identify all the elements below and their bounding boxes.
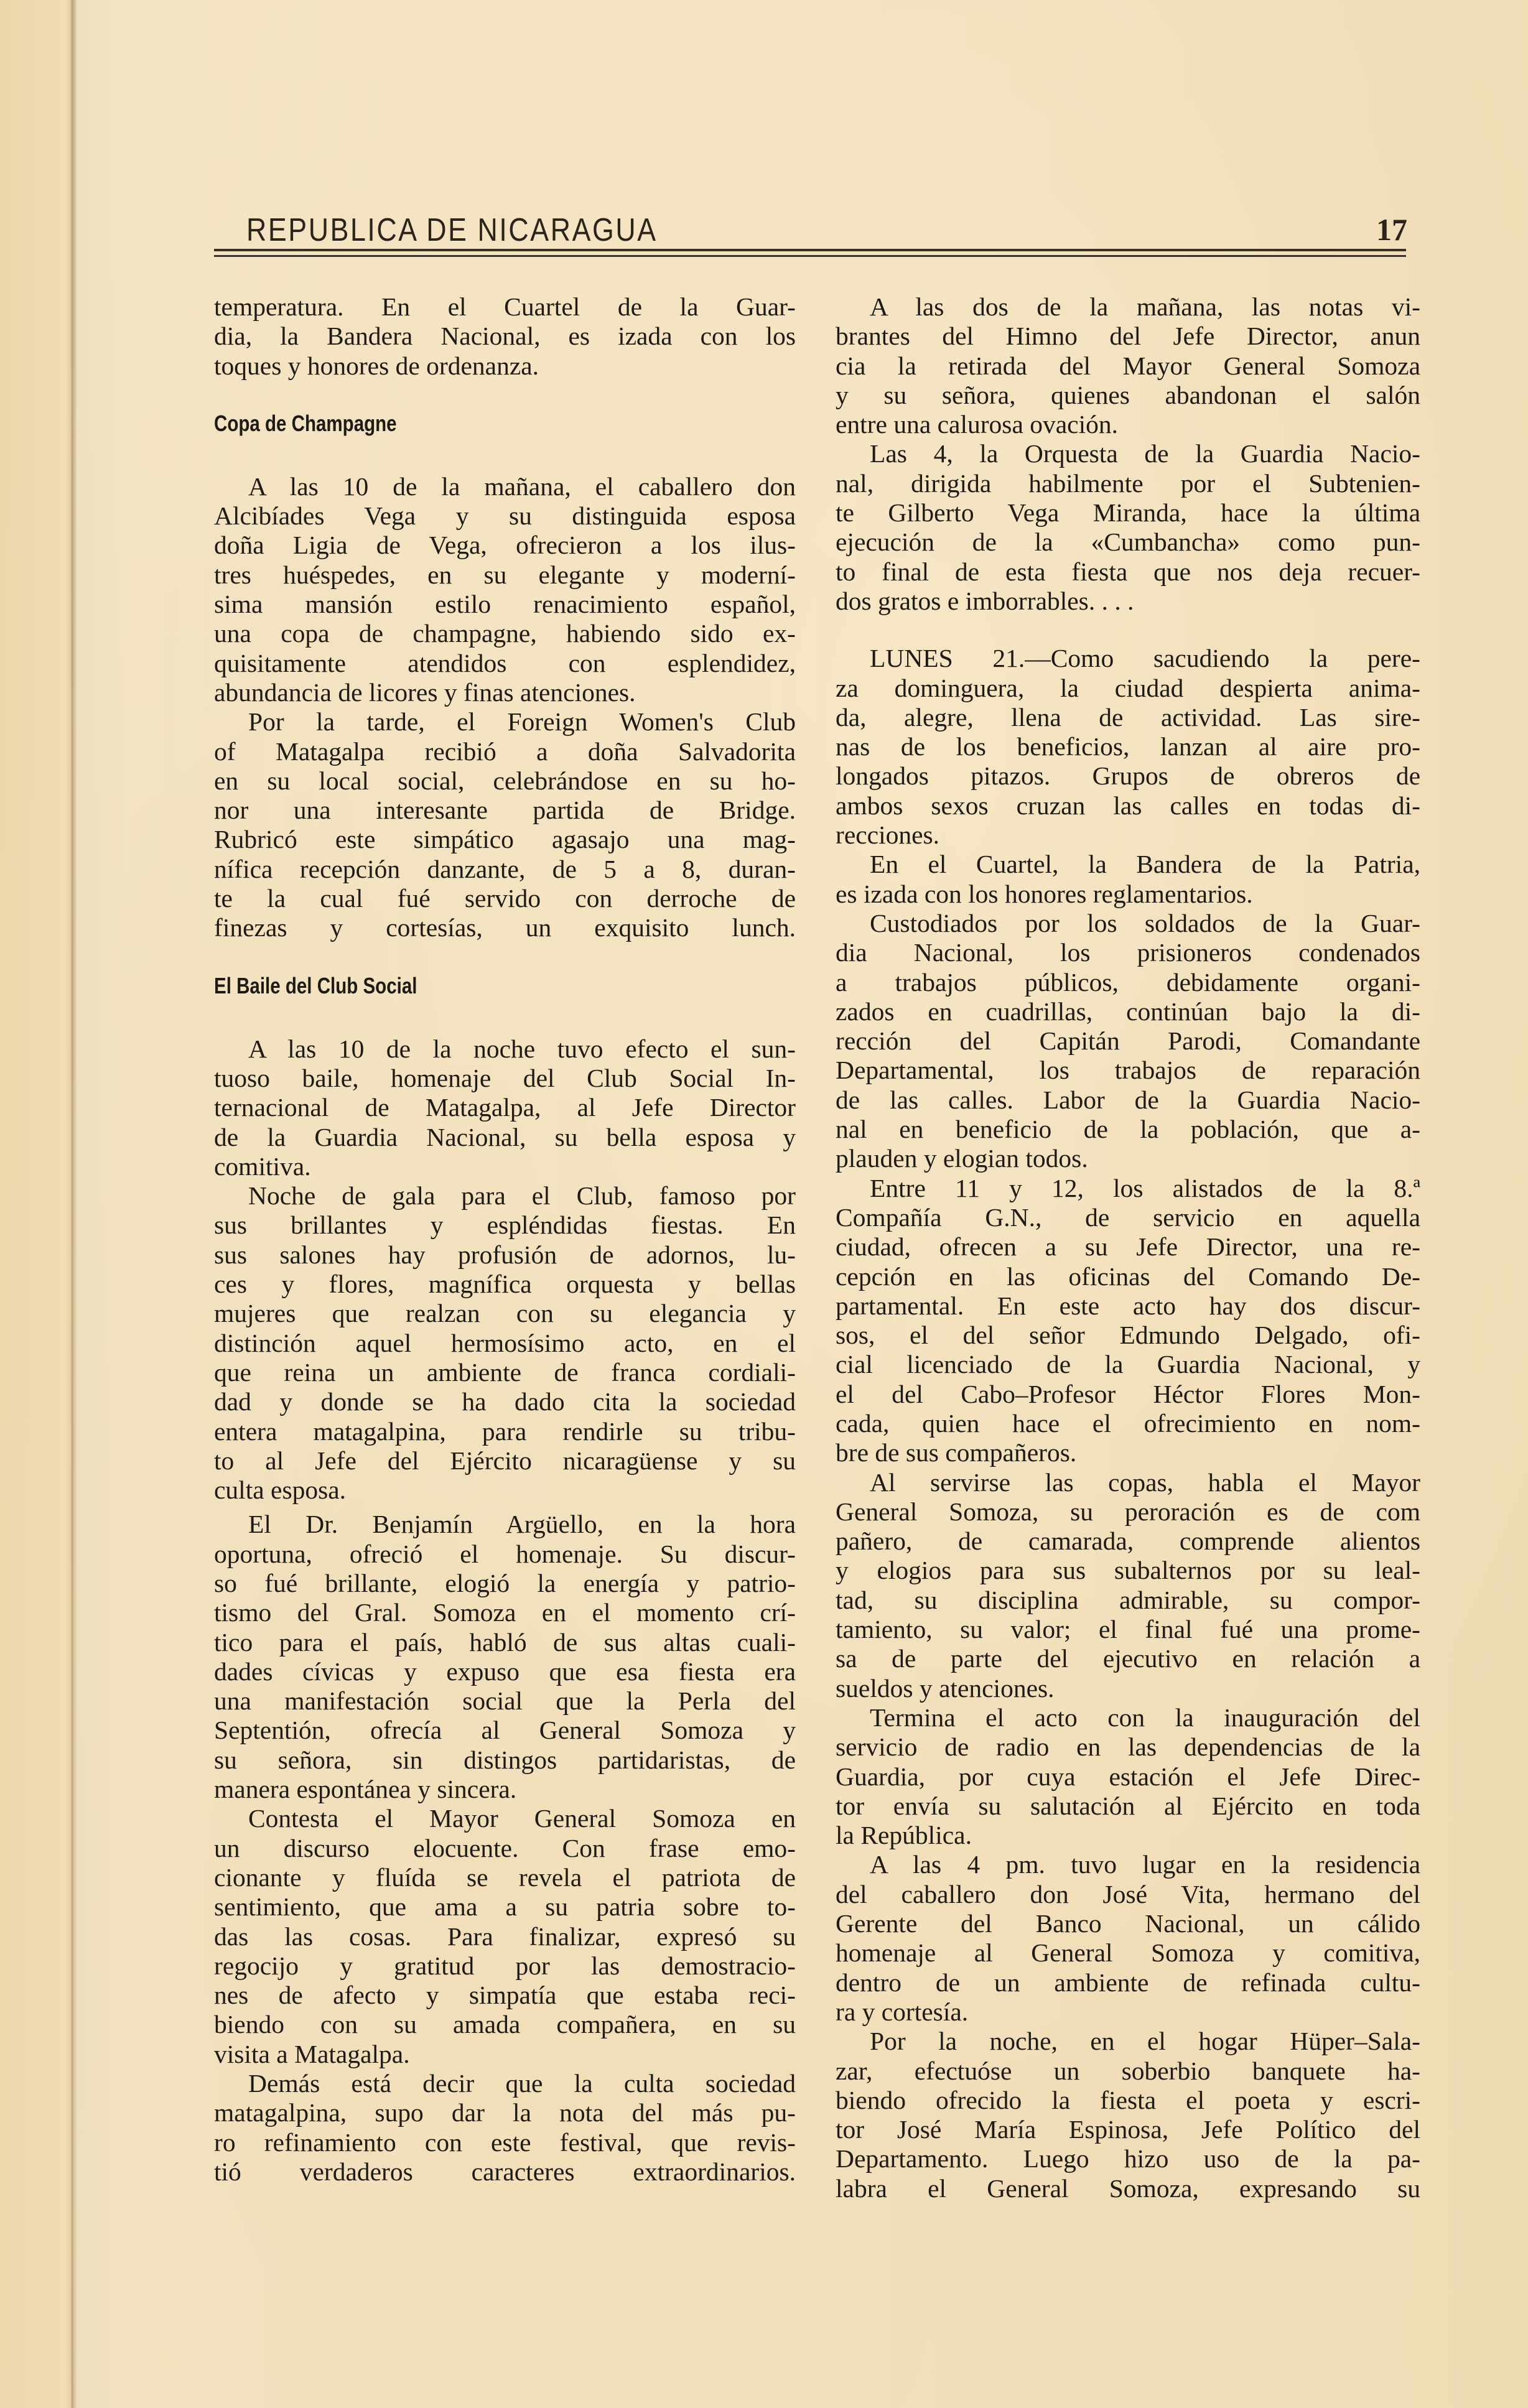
text-line: tor José María Espinosa, Jefe Político d… (836, 2115, 1420, 2144)
text-line: sus brillantes y espléndidas fiestas. En (214, 1211, 796, 1240)
scanned-page: REPUBLICA DE NICARAGUA 17 temperatura. E… (0, 0, 1528, 2408)
text-line: tismo del Gral. Somoza en el momento crí… (214, 1598, 796, 1627)
paragraph: A las 4 pm. tuvo lugar en la residenciad… (836, 1850, 1420, 2027)
spacer (214, 438, 796, 472)
text-line: entre una calurosa ovación. (836, 410, 1420, 439)
text-line: so fué brillante, elogió la energía y pa… (214, 1569, 796, 1598)
right-column: A las dos de la mañana, las notas vi-bra… (836, 292, 1420, 2203)
text-line: nes de afecto y simpatía que estaba reci… (214, 1981, 796, 2010)
text-line: to final de esta fiesta que nos deja rec… (836, 557, 1420, 587)
paragraph: A las 10 de la noche tuvo efecto el sun-… (214, 1034, 796, 1181)
spacer (214, 1505, 796, 1510)
text-line: dos gratos e imborrables. . . . (836, 587, 1420, 616)
spacer (836, 616, 1420, 644)
paragraph: Custodiados por los soldados de la Guar-… (836, 909, 1420, 1174)
text-line: nor una interesante partida de Bridge. (214, 796, 796, 825)
text-line: recciones. (836, 820, 1420, 850)
text-line: rección del Capitán Parodi, Comandante (836, 1026, 1420, 1056)
text-line: nal, dirigida habilmente por el Subtenie… (836, 469, 1420, 498)
paragraph: Termina el acto con la inauguración dels… (836, 1703, 1420, 1850)
text-line: servicio de radio en las dependencias de… (836, 1732, 1420, 1762)
text-line: sa de parte del ejecutivo en relación a (836, 1644, 1420, 1673)
text-line: tres huéspedes, en su elegante y moderní… (214, 560, 796, 590)
text-line: Demás está decir que la culta sociedad (214, 2069, 796, 2098)
text-line: dad y donde se ha dado cita la sociedad (214, 1387, 796, 1416)
left-column: temperatura. En el Cuartel de la Guar-di… (214, 292, 796, 2187)
text-line: Rubricó este simpático agasajo una mag- (214, 825, 796, 854)
paragraph: Por la noche, en el hogar Hüper–Sala-zar… (836, 2027, 1420, 2203)
text-line: zados en cuadrillas, continúan bajo la d… (836, 997, 1420, 1026)
text-line: Departamento. Luego hizo uso de la pa- (836, 2144, 1420, 2173)
text-line: una copa de champagne, habiendo sido ex- (214, 619, 796, 648)
text-line: su señora, sin distingos partidaristas, … (214, 1746, 796, 1775)
text-line: sus salones hay profusión de adornos, lu… (214, 1240, 796, 1270)
text-line: bre de sus compañeros. (836, 1438, 1420, 1467)
paragraph: Entre 11 y 12, los alistados de la 8.ªCo… (836, 1174, 1420, 1468)
text-line: dia, la Bandera Nacional, es izada con l… (214, 322, 796, 351)
text-line: Entre 11 y 12, los alistados de la 8.ª (836, 1174, 1420, 1203)
text-line: Custodiados por los soldados de la Guar- (836, 909, 1420, 938)
text-line: biendo con su amada compañera, en su (214, 2010, 796, 2039)
text-line: matagalpina, supo dar la nota del más pu… (214, 2098, 796, 2127)
text-line: te Gilberto Vega Miranda, hace la última (836, 498, 1420, 528)
text-line: plauden y elogian todos. (836, 1144, 1420, 1173)
text-line: visita a Matagalpa. (214, 2040, 796, 2069)
running-header: REPUBLICA DE NICARAGUA 17 (246, 212, 1407, 249)
text-line: da, alegre, llena de actividad. Las sire… (836, 703, 1420, 732)
text-line: El Dr. Benjamín Argüello, en la hora (214, 1510, 796, 1539)
header-rule-upper (214, 249, 1406, 251)
text-line: das las cosas. Para finalizar, expresó s… (214, 1922, 796, 1951)
text-line: cionante y fluída se revela el patriota … (214, 1863, 796, 1892)
text-line: te la cual fué servido con derroche de (214, 884, 796, 913)
text-line: toques y honores de ordenanza. (214, 351, 796, 381)
spacer (214, 381, 796, 409)
paragraph: Las 4, la Orquesta de la Guardia Nacio-n… (836, 439, 1420, 616)
paragraph: temperatura. En el Cuartel de la Guar-di… (214, 292, 796, 381)
text-line: homenaje al General Somoza y comitiva, (836, 1938, 1420, 1968)
text-line: Guardia, por cuya estación el Jefe Direc… (836, 1762, 1420, 1792)
text-line: es izada con los honores reglamentarios. (836, 880, 1420, 909)
text-line: tico para el país, habló de sus altas cu… (214, 1628, 796, 1657)
text-line: Por la noche, en el hogar Hüper–Sala- (836, 2027, 1420, 2056)
text-line: abundancia de licores y finas atenciones… (214, 678, 796, 707)
text-line: Gerente del Banco Nacional, un cálido (836, 1909, 1420, 1938)
text-line: Al servirse las copas, habla el Mayor (836, 1468, 1420, 1497)
paragraph: Demás está decir que la culta sociedadma… (214, 2069, 796, 2187)
text-line: biendo ofrecido la fiesta el poeta y esc… (836, 2086, 1420, 2115)
section-heading: Copa de Champagne (214, 409, 691, 438)
paragraph: Contesta el Mayor General Somoza enun di… (214, 1804, 796, 2069)
text-line: una manifestación social que la Perla de… (214, 1686, 796, 1716)
text-line: partamental. En este acto hay dos discur… (836, 1291, 1420, 1321)
text-line: finezas y cortesías, un exquisito lunch. (214, 913, 796, 942)
text-line: cial licenciado de la Guardia Nacional, … (836, 1350, 1420, 1379)
text-line: mujeres que realzan con su elegancia y (214, 1299, 796, 1328)
text-line: ra y cortesía. (836, 1997, 1420, 2027)
text-line: la República. (836, 1821, 1420, 1850)
text-line: A las 10 de la noche tuvo efecto el sun- (214, 1034, 796, 1064)
text-line: Las 4, la Orquesta de la Guardia Nacio- (836, 439, 1420, 468)
text-line: General Somoza, su peroración es de com (836, 1497, 1420, 1527)
paragraph: Al servirse las copas, habla el MayorGen… (836, 1468, 1420, 1703)
text-line: sentimiento, que ama a su patria sobre t… (214, 1892, 796, 1922)
text-line: to al Jefe del Ejército nicaragüense y s… (214, 1446, 796, 1476)
text-line: nal en beneficio de la población, que a- (836, 1115, 1420, 1144)
text-line: de la Guardia Nacional, su bella esposa … (214, 1123, 796, 1152)
spacer (214, 1000, 796, 1034)
text-line: sima mansión estilo renacimiento español… (214, 590, 796, 619)
text-line: de las calles. Labor de la Guardia Nacio… (836, 1085, 1420, 1115)
section-heading: El Baile del Club Social (214, 971, 691, 1000)
text-line: Septentión, ofrecía al General Somoza y (214, 1716, 796, 1745)
text-line: entera matagalpina, para rendirle su tri… (214, 1417, 796, 1446)
text-line: zar, efectuóse un soberbio banquete ha- (836, 2057, 1420, 2086)
text-line: Alcibíades Vega y su distinguida esposa (214, 501, 796, 531)
text-line: regocijo y gratitud por las demostracio- (214, 1951, 796, 1981)
paragraph: El Dr. Benjamín Argüello, en la horaopor… (214, 1510, 796, 1804)
text-line: En el Cuartel, la Bandera de la Patria, (836, 850, 1420, 879)
text-line: y elogios para sus subalternos por su le… (836, 1556, 1420, 1585)
paragraph: Noche de gala para el Club, famoso porsu… (214, 1181, 796, 1505)
text-line: Departamental, los trabajos de reparació… (836, 1056, 1420, 1085)
paragraph: A las 10 de la mañana, el caballero donA… (214, 472, 796, 707)
text-line: ciudad, ofrecen a su Jefe Director, una … (836, 1232, 1420, 1262)
text-line: cepción en las oficinas del Comando De- (836, 1262, 1420, 1291)
text-line: tad, su disciplina admirable, su compor- (836, 1586, 1420, 1615)
text-line: tamiento, su valor; el final fué una pro… (836, 1615, 1420, 1644)
text-line: dia Nacional, los prisioneros condenados (836, 938, 1420, 967)
text-line: A las 4 pm. tuvo lugar en la residencia (836, 1850, 1420, 1879)
text-line: a trabajos públicos, debidamente organi- (836, 968, 1420, 997)
text-line: pañero, de camarada, comprende alientos (836, 1527, 1420, 1556)
text-line: distinción aquel hermosísimo acto, en el (214, 1329, 796, 1358)
text-line: za dominguera, la ciudad despierta anima… (836, 674, 1420, 703)
text-line: ternacional de Matagalpa, al Jefe Direct… (214, 1093, 796, 1122)
page-number: 17 (1376, 212, 1407, 248)
text-line: cada, quien hace el ofrecimiento en nom- (836, 1409, 1420, 1438)
text-line: LUNES 21.—Como sacudiendo la pere- (836, 644, 1420, 673)
text-line: nas de los beneficios, lanzan al aire pr… (836, 732, 1420, 761)
text-line: Termina el acto con la inauguración del (836, 1703, 1420, 1732)
text-line: labra el General Somoza, expresando su (836, 2174, 1420, 2203)
text-line: nífica recepción danzante, de 5 a 8, dur… (214, 855, 796, 884)
text-line: Noche de gala para el Club, famoso por (214, 1181, 796, 1211)
text-line: temperatura. En el Cuartel de la Guar- (214, 292, 796, 322)
text-line: tió verdaderos caracteres extraordinario… (214, 2157, 796, 2187)
text-line: tuoso baile, homenaje del Club Social In… (214, 1064, 796, 1093)
text-line: manera espontánea y sincera. (214, 1775, 796, 1804)
binding-gutter (71, 0, 73, 2408)
text-line: ces y flores, magnífica orquesta y bella… (214, 1270, 796, 1299)
text-line: brantes del Himno del Jefe Director, anu… (836, 322, 1420, 351)
text-line: dentro de un ambiente de refinada cultu- (836, 1968, 1420, 1997)
text-line: del caballero don José Vita, hermano del (836, 1880, 1420, 1909)
text-line: en su local social, celebrándose en su h… (214, 766, 796, 796)
text-line: A las dos de la mañana, las notas vi- (836, 292, 1420, 322)
text-line: dades cívicas y expuso que esa fiesta er… (214, 1657, 796, 1686)
text-line: longados pitazos. Grupos de obreros de (836, 761, 1420, 791)
text-line: tor envía su salutación al Ejército en t… (836, 1792, 1420, 1821)
paragraph: LUNES 21.—Como sacudiendo la pere-za dom… (836, 644, 1420, 850)
text-line: A las 10 de la mañana, el caballero don (214, 472, 796, 501)
running-title: REPUBLICA DE NICARAGUA (246, 212, 658, 249)
text-line: el del Cabo–Profesor Héctor Flores Mon- (836, 1380, 1420, 1409)
text-line: culta esposa. (214, 1476, 796, 1505)
text-line: of Matagalpa recibió a doña Salvadorita (214, 737, 796, 766)
text-line: ro refinamiento con este festival, que r… (214, 2128, 796, 2157)
text-line: sos, el del señor Edmundo Delgado, ofi- (836, 1321, 1420, 1350)
text-line: comitiva. (214, 1152, 796, 1181)
text-line: ambos sexos cruzan las calles en todas d… (836, 791, 1420, 820)
text-line: oportuna, ofreció el homenaje. Su discur… (214, 1540, 796, 1569)
text-line: que reina un ambiente de franca cordiali… (214, 1358, 796, 1387)
header-rule-lower (214, 255, 1406, 257)
paragraph: En el Cuartel, la Bandera de la Patria,e… (836, 850, 1420, 909)
text-line: un discurso elocuente. Con frase emo- (214, 1834, 796, 1863)
text-line: cia la retirada del Mayor General Somoza (836, 351, 1420, 381)
text-line: ejecución de la «Cumbancha» como pun- (836, 528, 1420, 557)
text-line: y su señora, quienes abandonan el salón (836, 381, 1420, 410)
text-line: Contesta el Mayor General Somoza en (214, 1804, 796, 1833)
text-line: Por la tarde, el Foreign Women's Club (214, 707, 796, 737)
text-line: sueldos y atenciones. (836, 1674, 1420, 1703)
paragraph: Por la tarde, el Foreign Women's Clubof … (214, 707, 796, 942)
text-line: Compañía G.N., de servicio en aquella (836, 1203, 1420, 1232)
text-line: doña Ligia de Vega, ofrecieron a los ilu… (214, 531, 796, 560)
paragraph: A las dos de la mañana, las notas vi-bra… (836, 292, 1420, 439)
spacer (214, 943, 796, 971)
text-line: quisitamente atendidos con esplendidez, (214, 649, 796, 678)
